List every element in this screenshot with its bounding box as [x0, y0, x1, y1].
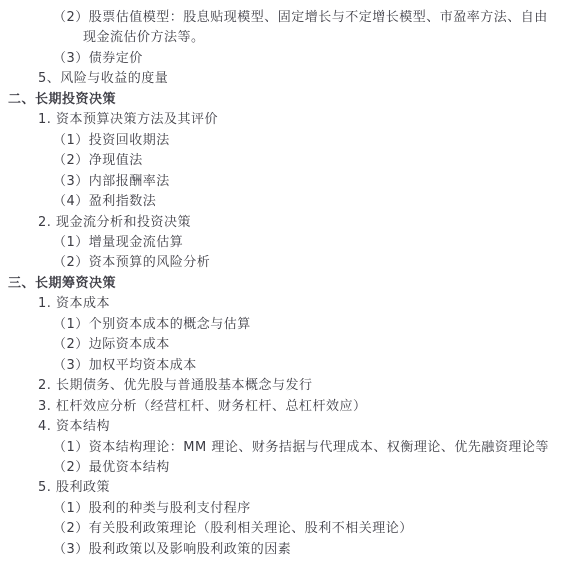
outline-item-capital-budgeting-methods: 1. 资本预算决策方法及其评价 [0, 110, 575, 130]
outline-item-cashflow-analysis: 2. 现金流分析和投资决策 [0, 213, 575, 233]
outline-item-capital-budget-risk: （2）资本预算的风险分析 [0, 253, 575, 273]
outline-item-risk-return-measurement: 5、风险与收益的度量 [0, 69, 575, 89]
outline-item-irr-method: （3）内部报酬率法 [0, 172, 575, 192]
outline-item-leverage-analysis: 3. 杠杆效应分析（经营杠杆、财务杠杆、总杠杆效应） [0, 397, 575, 417]
outline-item-cost-of-capital: 1. 资本成本 [0, 294, 575, 314]
outline-item-stock-valuation-models: （2）股票估值模型：股息贴现模型、固定增长与不定增长模型、市盈率方法、自由 现金… [0, 8, 575, 49]
outline-item-marginal-cost-of-capital: （2）边际资本成本 [0, 335, 575, 355]
outline-item-incremental-cashflow: （1）增量现金流估算 [0, 233, 575, 253]
section-heading-long-term-investment: 二、长期投资决策 [0, 90, 575, 110]
outline-item-dividend-policy: 5. 股利政策 [0, 478, 575, 498]
outline-item-dividend-types-procedures: （1）股利的种类与股利支付程序 [0, 499, 575, 519]
outline-item-capital-structure: 4. 资本结构 [0, 417, 575, 437]
outline-item-debt-preferred-common-stock: 2. 长期债务、优先股与普通股基本概念与发行 [0, 376, 575, 396]
outline-item-individual-cost-of-capital: （1）个别资本成本的概念与估算 [0, 315, 575, 335]
section-heading-long-term-financing: 三、长期筹资决策 [0, 274, 575, 294]
outline-item-optimal-capital-structure: （2）最优资本结构 [0, 458, 575, 478]
outline-item-profitability-index: （4）盈利指数法 [0, 192, 575, 212]
outline-item-wacc: （3）加权平均资本成本 [0, 356, 575, 376]
outline-item-dividend-policy-factors: （3）股利政策以及影响股利政策的因素 [0, 540, 575, 560]
outline-item-npv-method: （2）净现值法 [0, 151, 575, 171]
outline-item-capital-structure-theories: （1）资本结构理论：MM 理论、财务拮据与代理成本、权衡理论、优先融资理论等 [0, 438, 575, 458]
outline-item-bond-pricing: （3）债券定价 [0, 49, 575, 69]
outline-item-dividend-theories: （2）有关股利政策理论（股利相关理论、股利不相关理论） [0, 519, 575, 539]
document-page: （2）股票估值模型：股息贴现模型、固定增长与不定增长模型、市盈率方法、自由 现金… [0, 0, 579, 562]
outline-item-payback-period: （1）投资回收期法 [0, 131, 575, 151]
